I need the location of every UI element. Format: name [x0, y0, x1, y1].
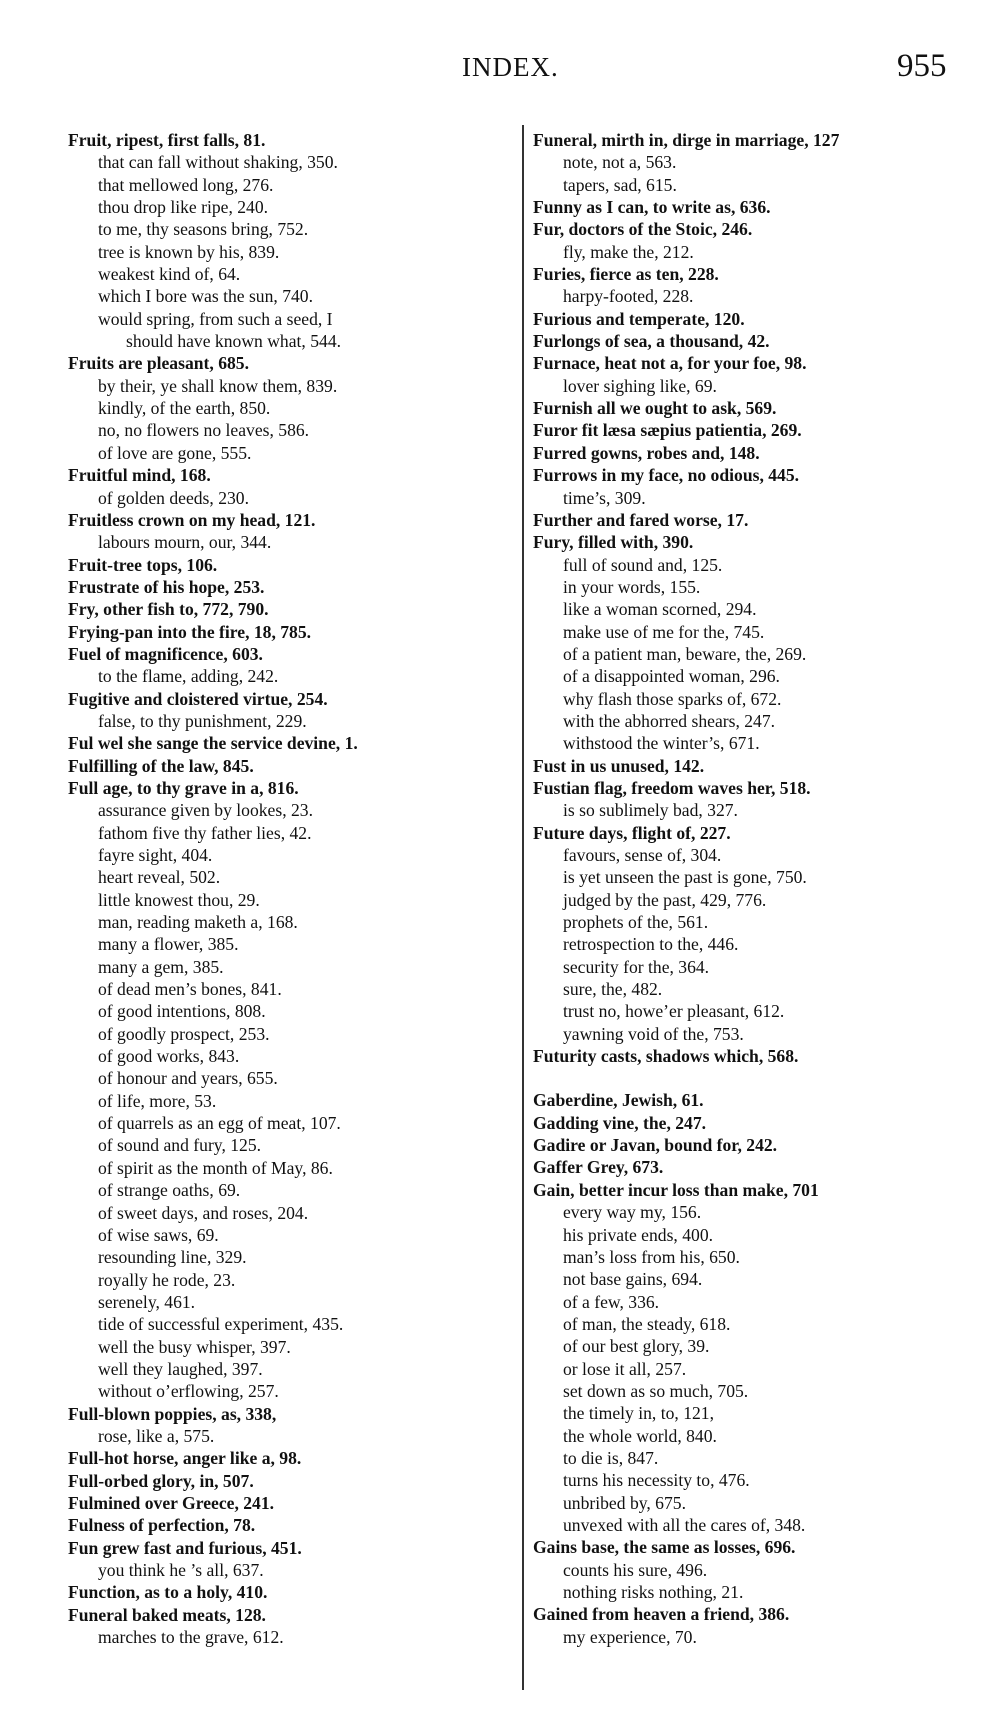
index-subentry: that can fall without shaking, 350.: [68, 151, 478, 173]
index-subentry: note, not a, 563.: [533, 151, 973, 173]
index-subentry: turns his necessity to, 476.: [533, 1469, 973, 1491]
index-subentry: rose, like a, 575.: [68, 1425, 478, 1447]
index-entry: Funeral, mirth in, dirge in marriage, 12…: [533, 129, 973, 151]
index-entry: Fulfilling of the law, 845.: [68, 755, 478, 777]
index-entry: Fruitless crown on my head, 121.: [68, 509, 478, 531]
index-subentry: unbribed by, 675.: [533, 1492, 973, 1514]
index-entry: Fun grew fast and furious, 451.: [68, 1537, 478, 1559]
index-entry: Gaberdine, Jewish, 61.: [533, 1089, 973, 1111]
index-entry: Gaffer Grey, 673.: [533, 1156, 973, 1178]
index-subentry: prophets of the, 561.: [533, 911, 973, 933]
page-number: 955: [897, 48, 947, 85]
index-subentry: sure, the, 482.: [533, 978, 973, 1000]
index-entry: Ful wel she sange the service devine, 1.: [68, 732, 478, 754]
index-entry: Gadding vine, the, 247.: [533, 1112, 973, 1134]
index-subentry: withstood the winter’s, 671.: [533, 732, 973, 754]
index-subentry: not base gains, 694.: [533, 1268, 973, 1290]
index-subentry: many a flower, 385.: [68, 933, 478, 955]
index-entry: Futurity casts, shadows which, 568.: [533, 1045, 973, 1067]
index-entry: Future days, flight of, 227.: [533, 822, 973, 844]
index-subentry: thou drop like ripe, 240.: [68, 196, 478, 218]
section-gap: [533, 1067, 973, 1089]
index-subentry: his private ends, 400.: [533, 1224, 973, 1246]
index-subentry: the whole world, 840.: [533, 1425, 973, 1447]
index-entry: Gains base, the same as losses, 696.: [533, 1536, 973, 1558]
index-subentry: resounding line, 329.: [68, 1246, 478, 1268]
index-subentry: judged by the past, 429, 776.: [533, 889, 973, 911]
index-entry: Frustrate of his hope, 253.: [68, 576, 478, 598]
index-subentry: false, to thy punishment, 229.: [68, 710, 478, 732]
index-subentry: of goodly prospect, 253.: [68, 1023, 478, 1045]
index-subentry: fly, make the, 212.: [533, 241, 973, 263]
index-subentry: the timely in, to, 121,: [533, 1402, 973, 1424]
index-entry: Furies, fierce as ten, 228.: [533, 263, 973, 285]
index-subentry: make use of me for the, 745.: [533, 621, 973, 643]
index-subentry: many a gem, 385.: [68, 956, 478, 978]
index-subentry: is yet unseen the past is gone, 750.: [533, 866, 973, 888]
index-subentry: of golden deeds, 230.: [68, 487, 478, 509]
index-entry: Gained from heaven a friend, 386.: [533, 1603, 973, 1625]
index-subentry: of wise saws, 69.: [68, 1224, 478, 1246]
index-entry: Furnace, heat not a, for your foe, 98.: [533, 352, 973, 374]
index-subentry: retrospection to the, 446.: [533, 933, 973, 955]
index-entry: Full age, to thy grave in a, 816.: [68, 777, 478, 799]
index-subentry: to the flame, adding, 242.: [68, 665, 478, 687]
index-column-right: Funeral, mirth in, dirge in marriage, 12…: [533, 129, 973, 1648]
index-entry: Gadire or Javan, bound for, 242.: [533, 1134, 973, 1156]
index-entry: Function, as to a holy, 410.: [68, 1581, 478, 1603]
index-subentry: of our best glory, 39.: [533, 1335, 973, 1357]
index-subentry: tapers, sad, 615.: [533, 174, 973, 196]
index-entry: Full-orbed glory, in, 507.: [68, 1470, 478, 1492]
index-subentry: to die is, 847.: [533, 1447, 973, 1469]
index-subentry: my experience, 70.: [533, 1626, 973, 1648]
index-entry: Full-blown poppies, as, 338,: [68, 1403, 478, 1425]
index-subentry: by their, ye shall know them, 839.: [68, 375, 478, 397]
index-continuation: should have known what, 544.: [68, 330, 478, 352]
index-subentry: of sweet days, and roses, 204.: [68, 1202, 478, 1224]
index-entry: Fugitive and cloistered virtue, 254.: [68, 688, 478, 710]
index-entry: Fury, filled with, 390.: [533, 531, 973, 553]
index-subentry: trust no, howe’er pleasant, 612.: [533, 1000, 973, 1022]
index-subentry: with the abhorred shears, 247.: [533, 710, 973, 732]
index-subentry: man’s loss from his, 650.: [533, 1246, 973, 1268]
index-subentry: unvexed with all the cares of, 348.: [533, 1514, 973, 1536]
index-subentry: fayre sight, 404.: [68, 844, 478, 866]
index-subentry: labours mourn, our, 344.: [68, 531, 478, 553]
index-entry: Fulmined over Greece, 241.: [68, 1492, 478, 1514]
index-subentry: in your words, 155.: [533, 576, 973, 598]
index-entry: Fustian flag, freedom waves her, 518.: [533, 777, 973, 799]
index-subentry: of sound and fury, 125.: [68, 1134, 478, 1156]
index-subentry: yawning void of the, 753.: [533, 1023, 973, 1045]
index-subentry: or lose it all, 257.: [533, 1358, 973, 1380]
index-subentry: full of sound and, 125.: [533, 554, 973, 576]
index-entry: Furrows in my face, no odious, 445.: [533, 464, 973, 486]
index-subentry: harpy-footed, 228.: [533, 285, 973, 307]
index-entry: Further and fared worse, 17.: [533, 509, 973, 531]
index-subentry: to me, thy seasons bring, 752.: [68, 218, 478, 240]
index-subentry: of a few, 336.: [533, 1291, 973, 1313]
index-subentry: of honour and years, 655.: [68, 1067, 478, 1089]
index-subentry: of strange oaths, 69.: [68, 1179, 478, 1201]
index-entry: Fust in us unused, 142.: [533, 755, 973, 777]
index-entry: Frying-pan into the fire, 18, 785.: [68, 621, 478, 643]
index-entry: Funny as I can, to write as, 636.: [533, 196, 973, 218]
index-subentry: weakest kind of, 64.: [68, 263, 478, 285]
index-entry: Fry, other fish to, 772, 790.: [68, 598, 478, 620]
index-subentry: set down as so much, 705.: [533, 1380, 973, 1402]
index-entry: Furnish all we ought to ask, 569.: [533, 397, 973, 419]
index-entry: Fur, doctors of the Stoic, 246.: [533, 218, 973, 240]
index-subentry: you think he ’s all, 637.: [68, 1559, 478, 1581]
index-entry: Furlongs of sea, a thousand, 42.: [533, 330, 973, 352]
page-header: INDEX. 955: [0, 48, 1000, 98]
index-subentry: no, no flowers no leaves, 586.: [68, 419, 478, 441]
index-entry: Furred gowns, robes and, 148.: [533, 442, 973, 464]
index-subentry: security for the, 364.: [533, 956, 973, 978]
index-entry: Funeral baked meats, 128.: [68, 1604, 478, 1626]
index-subentry: nothing risks nothing, 21.: [533, 1581, 973, 1603]
index-subentry: counts his sure, 496.: [533, 1559, 973, 1581]
index-subentry: without o’erflowing, 257.: [68, 1380, 478, 1402]
index-entry: Furor fit læsa sæpius patientia, 269.: [533, 419, 973, 441]
index-column-left: Fruit, ripest, first falls, 81.that can …: [68, 129, 478, 1648]
index-subentry: of love are gone, 555.: [68, 442, 478, 464]
index-subentry: would spring, from such a seed, I: [68, 308, 478, 330]
index-entry: Furious and temperate, 120.: [533, 308, 973, 330]
index-subentry: lover sighing like, 69.: [533, 375, 973, 397]
index-subentry: of spirit as the month of May, 86.: [68, 1157, 478, 1179]
index-subentry: of a disappointed woman, 296.: [533, 665, 973, 687]
index-subentry: marches to the grave, 612.: [68, 1626, 478, 1648]
index-subentry: like a woman scorned, 294.: [533, 598, 973, 620]
index-entry: Full-hot horse, anger like a, 98.: [68, 1447, 478, 1469]
index-subentry: tree is known by his, 839.: [68, 241, 478, 263]
index-subentry: of good intentions, 808.: [68, 1000, 478, 1022]
index-subentry: heart reveal, 502.: [68, 866, 478, 888]
index-entry: Fruits are pleasant, 685.: [68, 352, 478, 374]
index-subentry: well the busy whisper, 397.: [68, 1336, 478, 1358]
index-subentry: royally he rode, 23.: [68, 1269, 478, 1291]
index-subentry: kindly, of the earth, 850.: [68, 397, 478, 419]
index-subentry: serenely, 461.: [68, 1291, 478, 1313]
index-subentry: why flash those sparks of, 672.: [533, 688, 973, 710]
index-subentry: favours, sense of, 304.: [533, 844, 973, 866]
index-entry: Fruit-tree tops, 106.: [68, 554, 478, 576]
index-subentry: every way my, 156.: [533, 1201, 973, 1223]
index-subentry: that mellowed long, 276.: [68, 174, 478, 196]
index-subentry: is so sublimely bad, 327.: [533, 799, 973, 821]
index-subentry: of man, the steady, 618.: [533, 1313, 973, 1335]
index-entry: Fruit, ripest, first falls, 81.: [68, 129, 478, 151]
index-subentry: fathom five thy father lies, 42.: [68, 822, 478, 844]
index-subentry: well they laughed, 397.: [68, 1358, 478, 1380]
column-divider: [522, 125, 524, 1690]
index-subentry: of a patient man, beware, the, 269.: [533, 643, 973, 665]
index-entry: Fuel of magnificence, 603.: [68, 643, 478, 665]
index-subentry: assurance given by lookes, 23.: [68, 799, 478, 821]
index-entry: Gain, better incur loss than make, 701: [533, 1179, 973, 1201]
running-title: INDEX.: [462, 52, 559, 83]
index-subentry: of life, more, 53.: [68, 1090, 478, 1112]
index-entry: Fruitful mind, 168.: [68, 464, 478, 486]
index-subentry: little knowest thou, 29.: [68, 889, 478, 911]
index-subentry: of dead men’s bones, 841.: [68, 978, 478, 1000]
index-subentry: which I bore was the sun, 740.: [68, 285, 478, 307]
index-entry: Fulness of perfection, 78.: [68, 1514, 478, 1536]
index-subentry: of quarrels as an egg of meat, 107.: [68, 1112, 478, 1134]
index-subentry: tide of successful experiment, 435.: [68, 1313, 478, 1335]
index-subentry: of good works, 843.: [68, 1045, 478, 1067]
index-subentry: man, reading maketh a, 168.: [68, 911, 478, 933]
index-subentry: time’s, 309.: [533, 487, 973, 509]
